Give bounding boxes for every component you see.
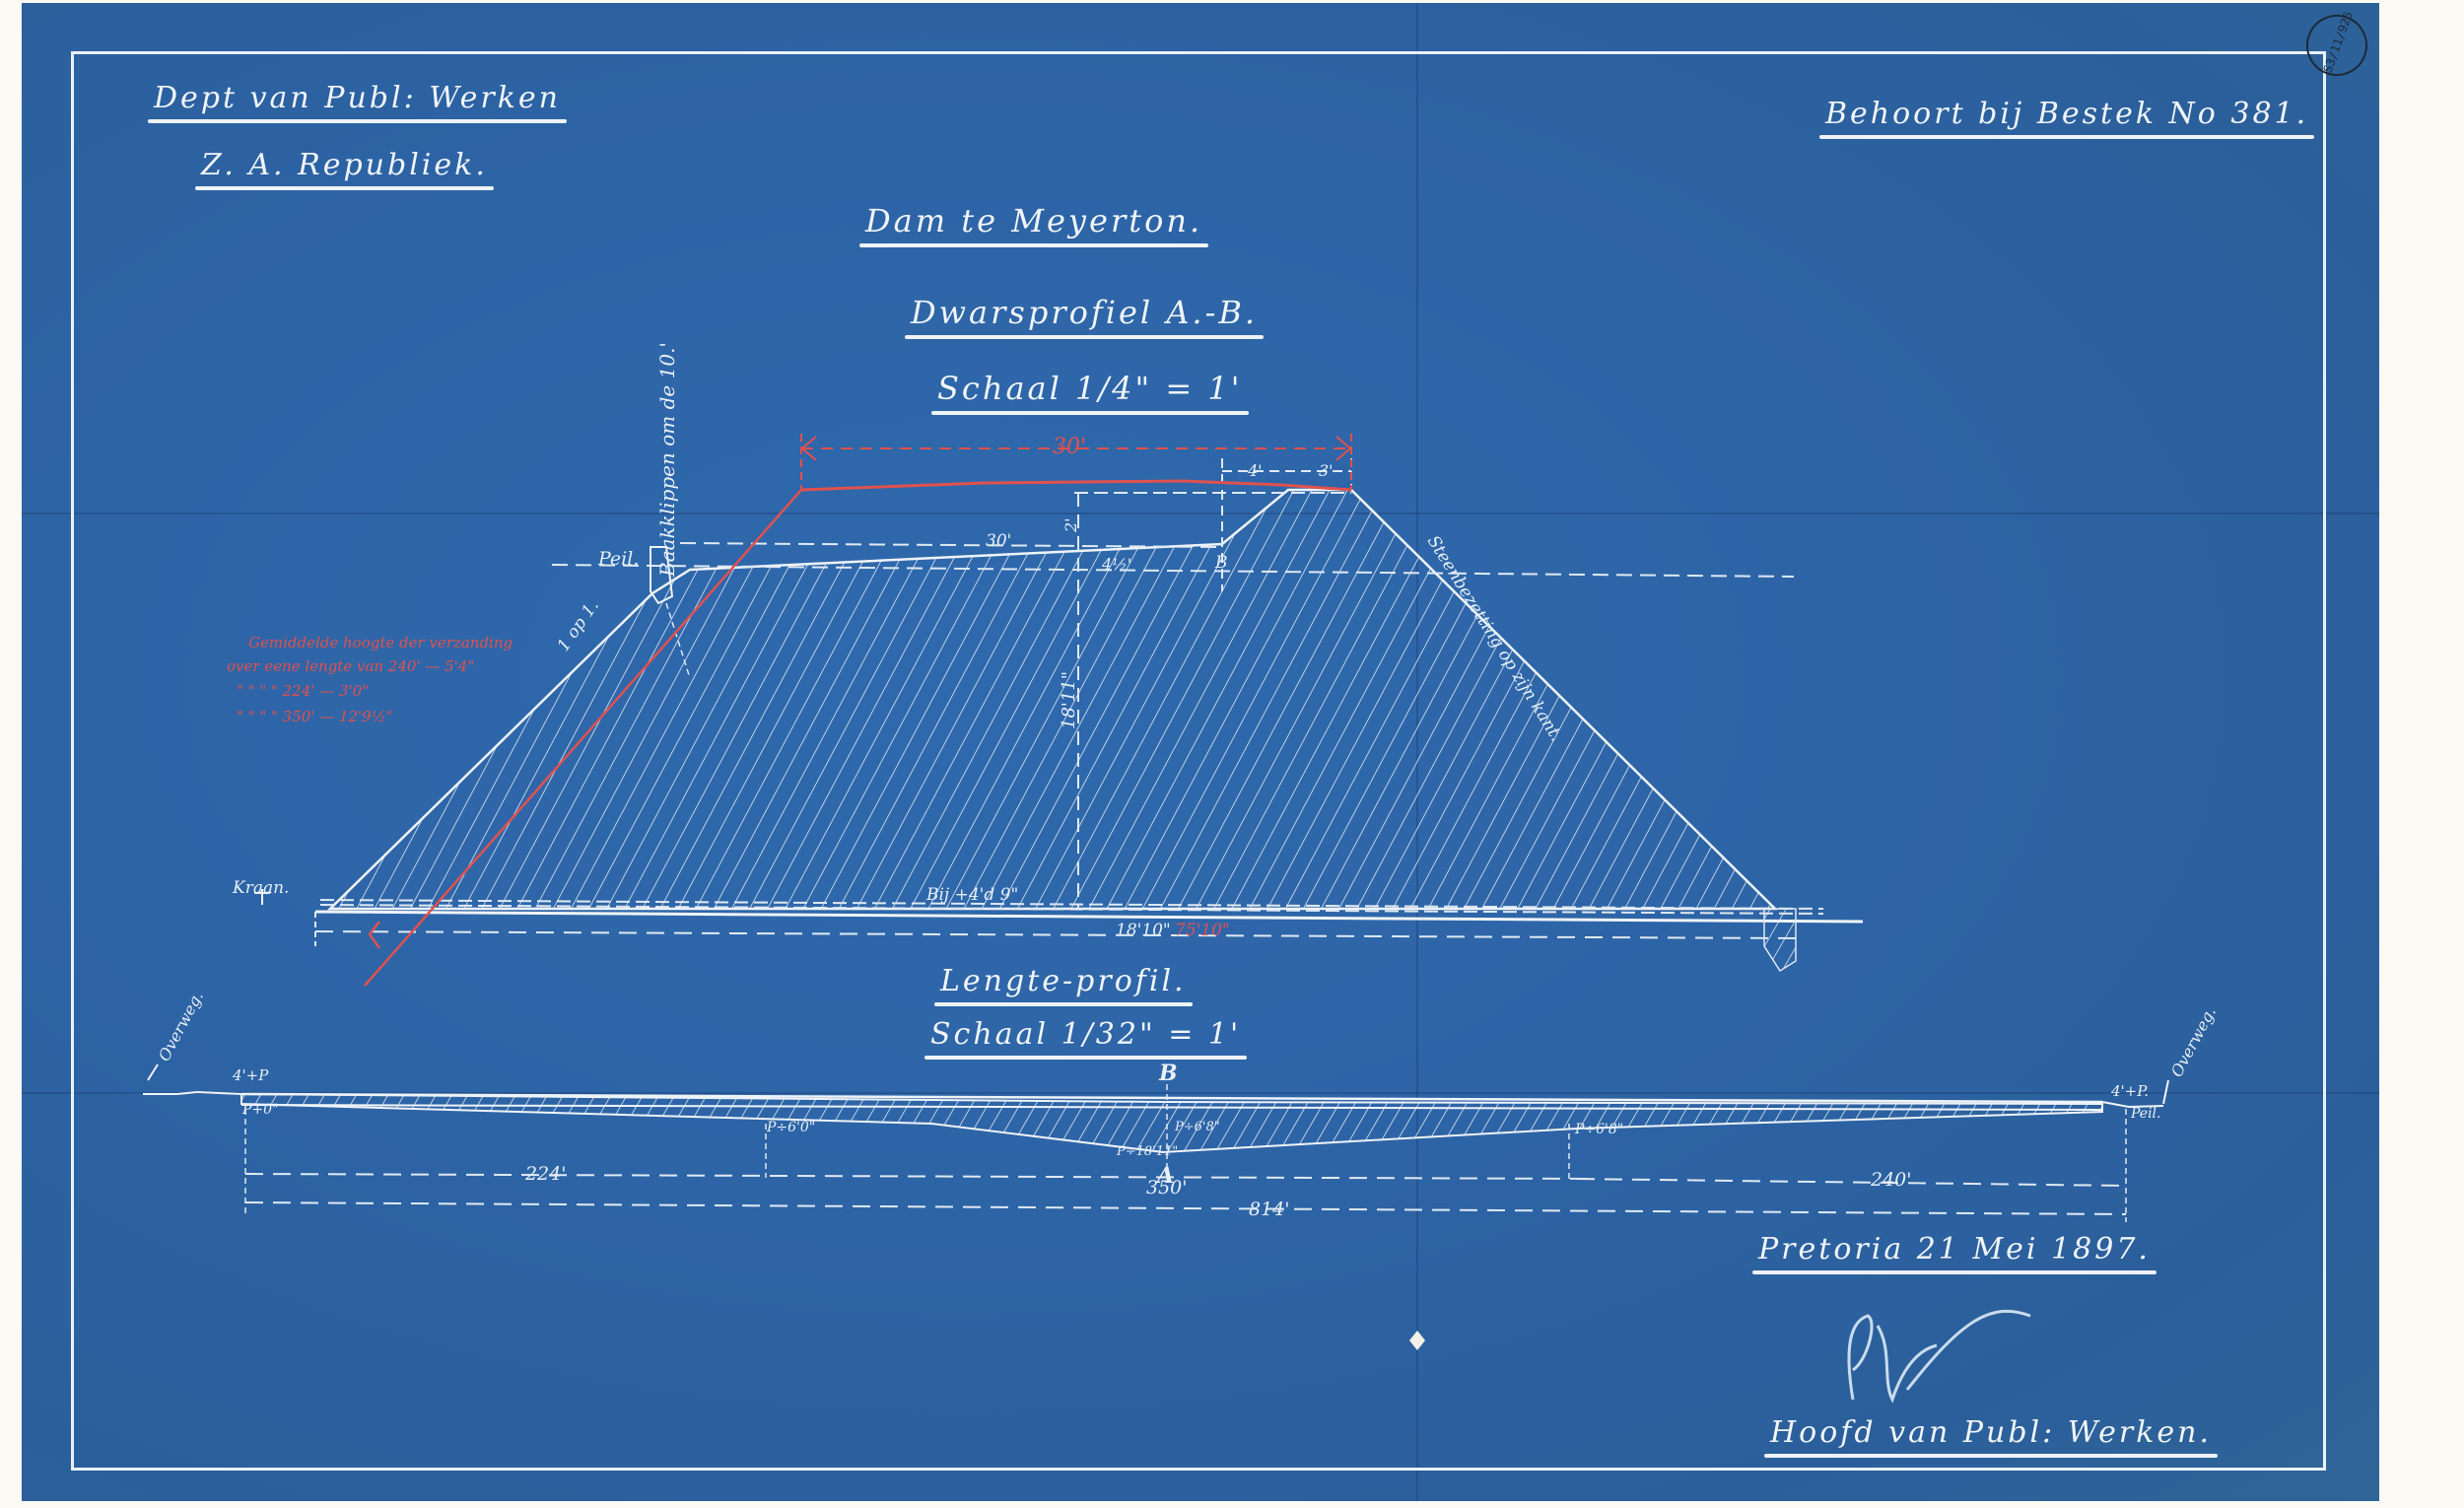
toe-block [1764, 909, 1796, 971]
base-dimension [315, 931, 1804, 938]
note-line-1: Gemiddelde hoogte der verzanding [248, 634, 513, 651]
note-line-3: " " " " 224' — 3'0" [237, 682, 369, 700]
p-18-11-label: P÷18'11" [1116, 1144, 1178, 1159]
baakklippen-label: Baakklippen om de 10.' [655, 342, 679, 578]
overweg-left-arrow [148, 1064, 158, 1080]
kraan-label: Kraan. [232, 878, 289, 898]
signature: J.Wierda [1832, 1280, 2030, 1400]
marker-b-label: B [1214, 553, 1228, 573]
center-mark [1409, 1331, 1425, 1350]
cross-section-drawing: Baakklippen om de 10.' Peil. 1 op 1. Kra… [227, 342, 1863, 986]
height-total-label: 18'11" [1059, 671, 1079, 729]
right-peil-label: Peil. [2130, 1106, 2160, 1122]
overweg-right-arrow [2163, 1080, 2168, 1104]
overweg-right-label: Overweg. [2167, 1003, 2220, 1080]
technical-drawing: Baakklippen om de 10.' Peil. 1 op 1. Kra… [0, 0, 2464, 1508]
base-18-10-label: 18'10" [1116, 921, 1171, 940]
height-top-label: 2' [1061, 517, 1080, 533]
p-6-8-right-label: P÷6'8" [1574, 1122, 1623, 1137]
note-line-2: over eene lengte van 240' — 5'4" [227, 657, 474, 675]
red-crest-line [801, 481, 1351, 490]
dim-240-label: 240' [1870, 1169, 1912, 1191]
p-6-8-center-label: P÷6'8" [1174, 1120, 1220, 1134]
long-profile-drawing: Overweg. Overweg. 4'+P P+0" P÷6'0" P÷6'8… [143, 988, 2220, 1222]
dim-224-label: 224' [524, 1163, 567, 1185]
overweg-left-label: Overweg. [155, 988, 207, 1064]
crest-3-label: 3' [1319, 461, 1334, 480]
width-30-line [680, 543, 1222, 547]
left-top-label: 4'+P [232, 1066, 269, 1084]
red-base-label: 75'10" [1175, 921, 1230, 940]
dim-814-label: 814' [1249, 1199, 1290, 1220]
dim-350-label: 350' [1146, 1177, 1188, 1199]
signature-stroke [1849, 1311, 2030, 1400]
note-line-4: " " " " 350' — 12'9½" [237, 708, 392, 725]
peil-label: Peil. [597, 548, 639, 570]
right-top-label: 4'+P. [2110, 1082, 2149, 1100]
dim-line-upper-right [1577, 1179, 2126, 1186]
dam-body [330, 490, 1775, 909]
slope-label: 1 op 1. [554, 596, 603, 655]
sedimentation-notes: Gemiddelde hoogte der verzanding over ee… [227, 634, 513, 725]
left-p-label: P+0" [241, 1102, 279, 1118]
dim-line-lower [245, 1202, 2126, 1214]
width-4-5-label: 4½' [1101, 555, 1131, 574]
crest-4-label: 4' [1247, 461, 1263, 480]
red-base-arrow [370, 922, 379, 948]
dim-line-upper [245, 1174, 1597, 1179]
p-6-0-label: P÷6'0" [766, 1120, 815, 1135]
width-30-label: 30' [986, 531, 1011, 551]
bij-width-label: Bij +4'd 9" [925, 885, 1018, 905]
marker-b-label: B [1158, 1061, 1178, 1086]
red-top-30-label: 30' [1053, 435, 1086, 459]
road-left [143, 1092, 241, 1094]
